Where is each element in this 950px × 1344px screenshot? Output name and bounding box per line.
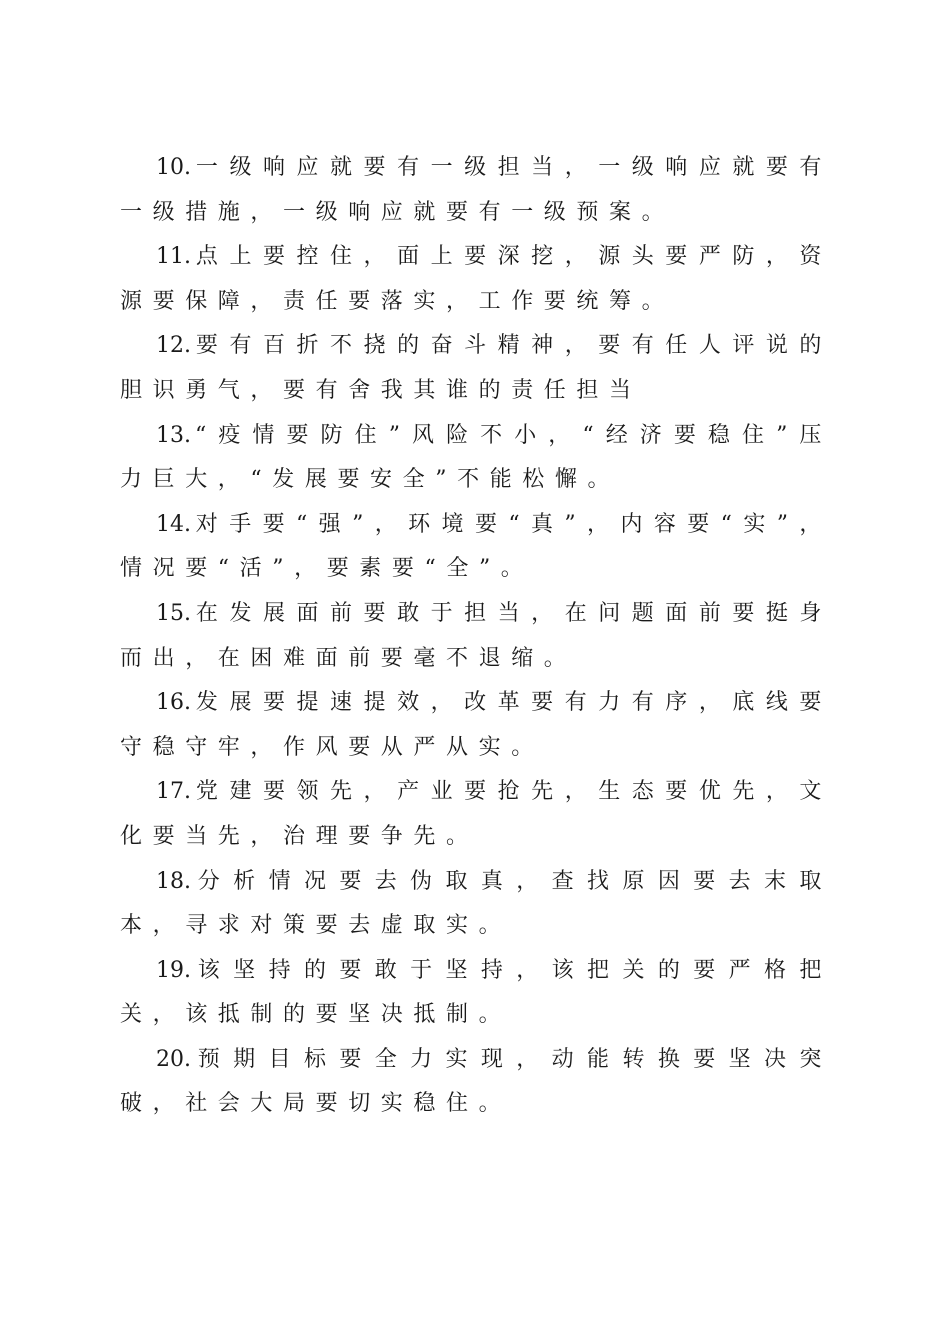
item-text: 要有百折不挠的奋斗精神，要有任人评说的胆识勇气，要有舍我其谁的责任担当 bbox=[120, 333, 832, 403]
list-item-18: 18.分析情况要去伪取真，查找原因要去末取本，寻求对策要去虚取实。 bbox=[120, 860, 832, 949]
item-number: 18. bbox=[156, 869, 191, 894]
item-number: 19. bbox=[156, 958, 191, 983]
item-number: 20. bbox=[156, 1047, 191, 1072]
item-number: 15. bbox=[156, 601, 191, 626]
item-text: 一级响应就要有一级担当，一级响应就要有一级措施，一级响应就要有一级预案。 bbox=[120, 155, 832, 225]
list-item-19: 19.该坚持的要敢于坚持，该把关的要严格把关，该抵制的要坚决抵制。 bbox=[120, 949, 832, 1038]
item-text: 发展要提速提效，改革要有力有序，底线要守稳守牢，作风要从严从实。 bbox=[120, 690, 832, 760]
item-text: 分析情况要去伪取真，查找原因要去末取本，寻求对策要去虚取实。 bbox=[120, 869, 832, 939]
item-number: 14. bbox=[156, 512, 191, 537]
item-text: 党建要领先，产业要抢先，生态要优先，文化要当先，治理要争先。 bbox=[120, 779, 832, 849]
item-number: 10. bbox=[156, 155, 191, 180]
list-item-13: 13.“疫情要防住”风险不小，“经济要稳住”压力巨大，“发展要安全”不能松懈。 bbox=[120, 414, 832, 503]
list-item-17: 17.党建要领先，产业要抢先，生态要优先，文化要当先，治理要争先。 bbox=[120, 770, 832, 859]
item-text: 点上要控住，面上要深挖，源头要严防，资源要保障，责任要落实，工作要统筹。 bbox=[120, 244, 832, 314]
document-page: 10.一级响应就要有一级担当，一级响应就要有一级措施，一级响应就要有一级预案。 … bbox=[120, 146, 832, 1127]
list-item-11: 11.点上要控住，面上要深挖，源头要严防，资源要保障，责任要落实，工作要统筹。 bbox=[120, 235, 832, 324]
item-number: 13. bbox=[156, 423, 191, 448]
item-number: 16. bbox=[156, 690, 191, 715]
item-number: 17. bbox=[156, 779, 191, 804]
list-item-10: 10.一级响应就要有一级担当，一级响应就要有一级措施，一级响应就要有一级预案。 bbox=[120, 146, 832, 235]
item-text: 对手要“强”，环境要“真”，内容要“实”，情况要“活”，要素要“全”。 bbox=[120, 512, 832, 582]
item-text: 该坚持的要敢于坚持，该把关的要严格把关，该抵制的要坚决抵制。 bbox=[120, 958, 832, 1028]
list-item-15: 15.在发展面前要敢于担当，在问题面前要挺身而出，在困难面前要毫不退缩。 bbox=[120, 592, 832, 681]
list-item-14: 14.对手要“强”，环境要“真”，内容要“实”，情况要“活”，要素要“全”。 bbox=[120, 503, 832, 592]
item-number: 11. bbox=[156, 244, 191, 269]
list-item-16: 16.发展要提速提效，改革要有力有序，底线要守稳守牢，作风要从严从实。 bbox=[120, 681, 832, 770]
item-text: “疫情要防住”风险不小，“经济要稳住”压力巨大，“发展要安全”不能松懈。 bbox=[120, 423, 832, 493]
list-item-12: 12.要有百折不挠的奋斗精神，要有任人评说的胆识勇气，要有舍我其谁的责任担当 bbox=[120, 324, 832, 413]
item-number: 12. bbox=[156, 333, 191, 358]
item-text: 预期目标要全力实现，动能转换要坚决突破，社会大局要切实稳住。 bbox=[120, 1047, 832, 1117]
list-item-20: 20.预期目标要全力实现，动能转换要坚决突破，社会大局要切实稳住。 bbox=[120, 1038, 832, 1127]
item-text: 在发展面前要敢于担当，在问题面前要挺身而出，在困难面前要毫不退缩。 bbox=[120, 601, 832, 671]
